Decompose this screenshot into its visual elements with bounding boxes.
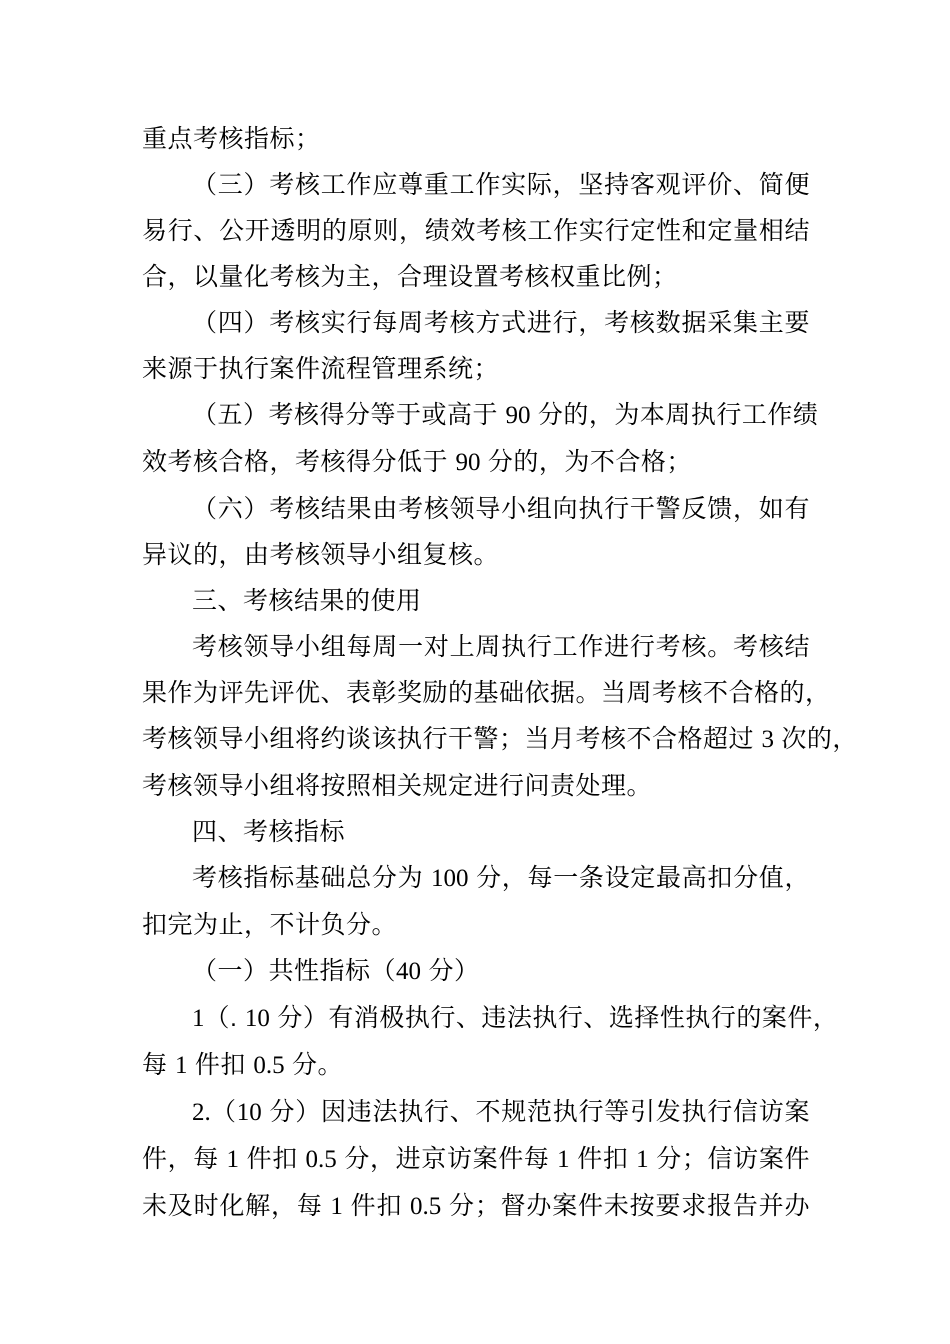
text-line: 2.（10 分）因违法执行、不规范执行等引发执行信访案 bbox=[142, 1089, 810, 1136]
text-line: （一）共性指标（40 分） bbox=[142, 948, 810, 995]
text-line: 未及时化解，每 1 件扣 0.5 分；督办案件未按要求报告并办 bbox=[142, 1183, 810, 1230]
number-text: 1 bbox=[557, 1146, 570, 1173]
document-page: 重点考核指标；（三）考核工作应尊重工作实际，坚持客观评价、简便易行、公开透明的原… bbox=[0, 0, 950, 1344]
number-text: 1 bbox=[175, 1052, 188, 1079]
text-line: 来源于执行案件流程管理系统； bbox=[142, 346, 810, 392]
number-text: 1 bbox=[636, 1146, 649, 1173]
number-text: 1 bbox=[192, 1005, 205, 1032]
number-text: 0.5 bbox=[410, 1193, 441, 1220]
text-line: 重点考核指标； bbox=[142, 116, 810, 162]
number-text: 1 bbox=[330, 1193, 343, 1220]
text-line: 果作为评先评优、表彰奖励的基础依据。当周考核不合格的， bbox=[142, 670, 810, 716]
text-line: 异议的，由考核领导小组复核。 bbox=[142, 532, 810, 578]
text-line: 合，以量化考核为主，合理设置考核权重比例； bbox=[142, 254, 810, 300]
number-text: 0.5 bbox=[306, 1146, 337, 1173]
text-line: 考核领导小组每周一对上周执行工作进行考核。考核结 bbox=[142, 624, 810, 670]
text-line: 考核领导小组将按照相关规定进行问责处理。 bbox=[142, 763, 810, 809]
text-line: 扣完为止，不计负分。 bbox=[142, 902, 810, 948]
number-text: 90 bbox=[505, 402, 530, 429]
number-text: 3 bbox=[761, 726, 774, 753]
text-line: 每 1 件扣 0.5 分。 bbox=[142, 1042, 810, 1089]
number-text: 0.5 bbox=[253, 1052, 284, 1079]
text-line: 考核领导小组将约谈该执行干警；当月考核不合格超过 3 次的， bbox=[142, 716, 810, 763]
document-body: 重点考核指标；（三）考核工作应尊重工作实际，坚持客观评价、简便易行、公开透明的原… bbox=[142, 116, 810, 1230]
text-line: 效考核合格，考核得分低于 90 分的，为不合格； bbox=[142, 439, 810, 486]
number-text: 40 bbox=[396, 958, 421, 985]
text-line: （三）考核工作应尊重工作实际，坚持客观评价、简便 bbox=[142, 162, 810, 208]
text-line: 易行、公开透明的原则，绩效考核工作实行定性和定量相结 bbox=[142, 208, 810, 254]
text-line: （五）考核得分等于或高于 90 分的，为本周执行工作绩 bbox=[142, 392, 810, 439]
number-text: 1 bbox=[227, 1146, 240, 1173]
text-line: 四、考核指标 bbox=[142, 809, 810, 855]
number-text: 90 bbox=[455, 449, 480, 476]
number-text: 100 bbox=[431, 865, 469, 892]
text-line: （六）考核结果由考核领导小组向执行干警反馈，如有 bbox=[142, 486, 810, 532]
text-line: （四）考核实行每周考核方式进行，考核数据采集主要 bbox=[142, 300, 810, 346]
number-text: 10 bbox=[237, 1099, 262, 1126]
number-text: 2. bbox=[192, 1099, 211, 1126]
number-text: 10 bbox=[245, 1005, 270, 1032]
text-line: 三、考核结果的使用 bbox=[142, 578, 810, 624]
text-line: 件，每 1 件扣 0.5 分，进京访案件每 1 件扣 1 分；信访案件 bbox=[142, 1136, 810, 1183]
text-line: 1（. 10 分）有消极执行、违法执行、选择性执行的案件， bbox=[142, 995, 810, 1042]
text-line: 考核指标基础总分为 100 分，每一条设定最高扣分值， bbox=[142, 855, 810, 902]
